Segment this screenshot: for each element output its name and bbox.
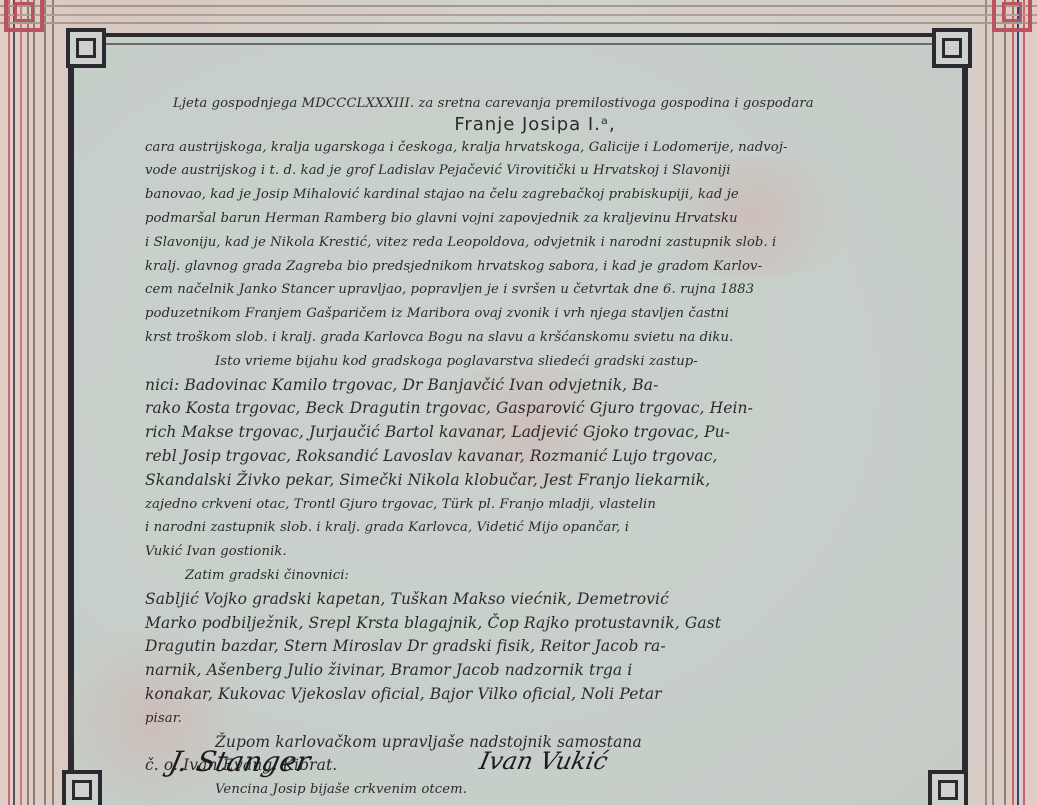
- council-member-line: Vukić Ivan gostionik.: [145, 540, 925, 564]
- border-stripe-dark: [13, 0, 15, 805]
- signatures: J. Stanger Ivan Vukić: [170, 735, 770, 795]
- corner-ornament-top-right: [992, 0, 1032, 32]
- council-member-line: rako Kosta trgovac, Beck Dragutin trgova…: [145, 397, 925, 421]
- border-stripe-tan: [44, 0, 46, 805]
- frame-corner-top-right: [932, 28, 972, 68]
- council-member-line: Skandalski Živko pekar, Simečki Nikola k…: [145, 469, 925, 493]
- text-line: banovao, kad je Josip Mihalović kardinal…: [145, 183, 925, 207]
- text-line: cem načelnik Janko Stancer upravljao, po…: [145, 278, 925, 302]
- border-stripe-tan: [1004, 0, 1006, 805]
- border-stripe-tan: [52, 0, 54, 805]
- official-line: Sabljić Vojko gradski kapetan, Tuškan Ma…: [145, 588, 925, 612]
- text-line: cara austrijskoga, kralja ugarskoga i če…: [145, 136, 925, 160]
- signature-1: J. Stanger: [166, 745, 313, 778]
- official-line: narnik, Ašenberg Julio živinar, Bramor J…: [145, 659, 925, 683]
- text-line: poduzetnikom Franjem Gašparičem iz Marib…: [145, 302, 925, 326]
- border-stripe-tan: [0, 5, 1037, 7]
- border-stripe-tan: [27, 0, 29, 805]
- border-stripe-tan: [992, 0, 994, 805]
- border-stripe-tan: [33, 0, 35, 805]
- frame-corner-bottom-left: [62, 770, 102, 805]
- emperor-title: Franje Josipa I.ᵃ,: [145, 113, 925, 137]
- officials-intro: Zatim gradski činovnici:: [145, 564, 925, 588]
- text-line: vode austrijskog i t. d. kad je grof Lad…: [145, 159, 925, 183]
- council-member-line: rebl Josip trgovac, Roksandić Lavoslav k…: [145, 445, 925, 469]
- council-member-line: nici: Badovinac Kamilo trgovac, Dr Banja…: [145, 374, 925, 398]
- border-stripe-pink: [20, 0, 22, 805]
- official-line: konakar, Kukovac Vjekoslav oficial, Bajo…: [145, 683, 925, 707]
- border-stripe-blue: [1017, 0, 1019, 805]
- document-text: Ljeta gospodnjega MDCCCLXXXIII. za sretn…: [145, 92, 925, 802]
- border-stripe-pink: [1012, 0, 1014, 805]
- text-line: krst troškom slob. i kralj. grada Karlov…: [145, 326, 925, 350]
- corner-ornament-top-left: [4, 0, 44, 32]
- council-member-line: zajedno crkveni otac, Trontl Gjuro trgov…: [145, 493, 925, 517]
- text-line: kralj. glavnog grada Zagreba bio predsje…: [145, 255, 925, 279]
- official-line: Marko podbilježnik, Srepl Krsta blagajni…: [145, 612, 925, 636]
- border-stripe-tan: [0, 14, 1037, 16]
- council-member-line: rich Makse trgovac, Jurjaučić Bartol kav…: [145, 421, 925, 445]
- border-stripe-pink: [1023, 0, 1025, 805]
- border-stripe-pink: [8, 0, 10, 805]
- text-line: i Slavoniju, kad je Nikola Krestić, vite…: [145, 231, 925, 255]
- official-line: Dragutin bazdar, Stern Miroslav Dr grads…: [145, 635, 925, 659]
- border-stripe-tan: [985, 0, 987, 805]
- signature-2: Ivan Vukić: [477, 747, 610, 775]
- official-line: pisar.: [145, 707, 925, 731]
- council-intro: Isto vrieme bijahu kod gradskoga poglava…: [145, 350, 925, 374]
- text-line: podmaršal barun Herman Ramberg bio glavn…: [145, 207, 925, 231]
- border-stripe-tan: [0, 22, 1037, 24]
- council-member-line: i narodni zastupnik slob. i kralj. grada…: [145, 516, 925, 540]
- frame-corner-bottom-right: [928, 770, 968, 805]
- frame-corner-top-left: [66, 28, 106, 68]
